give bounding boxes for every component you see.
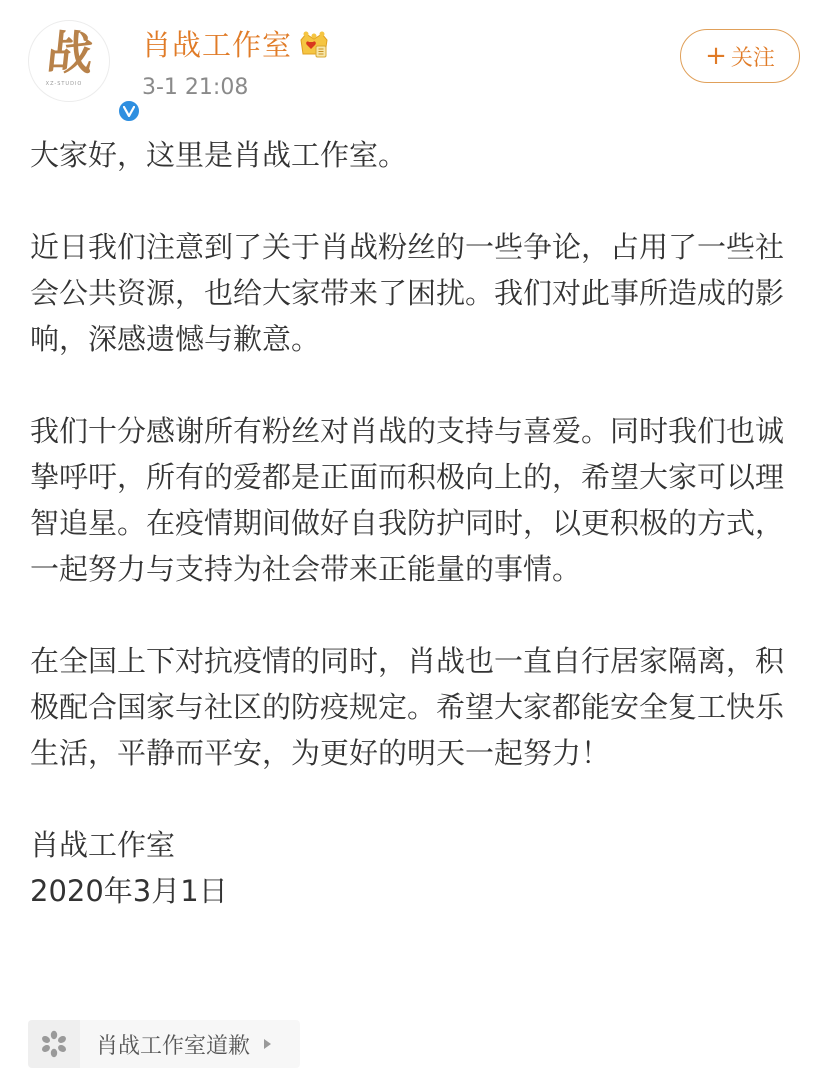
avatar-logo-subtext: XZ-STUDIO — [29, 81, 99, 87]
topic-label: 肖战工作室道歉 — [96, 1029, 250, 1060]
signature-name: 肖战工作室 — [30, 822, 790, 868]
follow-label: 关注 — [731, 41, 775, 72]
avatar-logo-glyph: 战 — [26, 25, 114, 81]
author-name[interactable]: 肖战工作室 — [142, 25, 292, 65]
chevron-right-icon — [264, 1039, 271, 1049]
signature-date: 2020年3月1日 — [30, 868, 790, 914]
avatar[interactable]: 战 XZ-STUDIO — [28, 20, 110, 102]
follow-button[interactable]: + 关注 — [680, 29, 800, 83]
post-timestamp: 3-1 21:08 — [142, 73, 248, 103]
verified-icon — [117, 99, 141, 123]
post-paragraph: 近日我们注意到了关于肖战粉丝的一些争论，占用了一些社会公共资源，也给大家带来了困… — [30, 224, 790, 362]
plus-icon: + — [705, 43, 727, 69]
post-paragraph: 在全国上下对抗疫情的同时，肖战也一直自行居家隔离，积极配合国家与社区的防疫规定。… — [30, 638, 790, 776]
post-paragraph: 大家好，这里是肖战工作室。 — [30, 132, 790, 178]
topic-link[interactable]: 肖战工作室道歉 — [28, 1020, 300, 1068]
post-header: 战 XZ-STUDIO 肖战工作室 3-1 21:08 + 关注 — [0, 0, 828, 120]
topic-flower-icon — [28, 1020, 80, 1068]
post-body: 大家好，这里是肖战工作室。 近日我们注意到了关于肖战粉丝的一些争论，占用了一些社… — [30, 132, 790, 914]
crown-badge-icon[interactable] — [298, 30, 330, 60]
post-signature: 肖战工作室 2020年3月1日 — [30, 822, 790, 914]
post-paragraph: 我们十分感谢所有粉丝对肖战的支持与喜爱。同时我们也诚挚呼吁，所有的爱都是正面而积… — [30, 408, 790, 592]
